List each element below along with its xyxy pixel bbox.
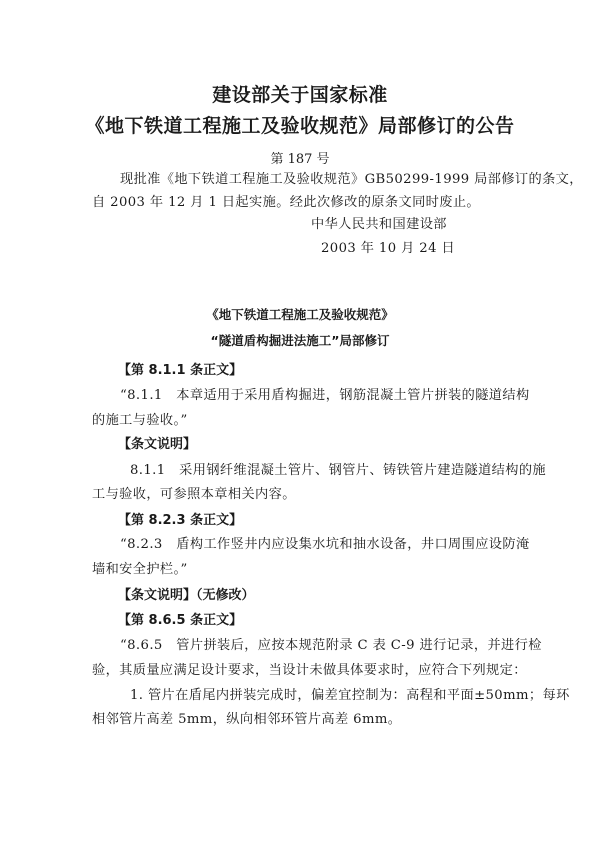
section-heading-explanation-unchanged: 【条文说明】（无修改） (118, 584, 255, 603)
revision-subtitle-1: 《地下铁道工程施工及验收规范》 (0, 305, 600, 323)
section-text: 的施工与验收。” (92, 409, 188, 428)
announcement-date: 2003 年 10 月 24 日 (321, 237, 455, 256)
section-heading-explanation: 【条文说明】 (118, 433, 196, 452)
section-text: “8.1.1 本章适用于采用盾构掘进，钢筋混凝土管片拼装的隧道结构 (120, 384, 530, 403)
list-item-text: 1. 管片在盾尾内拼装完成时，偏差宜控制为：高程和平面±50mm；每环 (130, 684, 570, 703)
section-text: 工与验收，可参照本章相关内容。 (92, 483, 296, 502)
heading-text: 【条文说明】 (118, 588, 196, 603)
section-text: 验，其质量应满足设计要求，当设计未做具体要求时，应符合下列规定： (92, 659, 527, 678)
list-item-text: 相邻管片高差 5mm，纵向相邻环管片高差 6mm。 (92, 708, 401, 727)
section-text: 8.1.1 采用钢纤维混凝土管片、钢管片、铸铁管片建造隧道结构的施 (130, 459, 546, 478)
announcement-body-line2: 自 2003 年 12 月 1 日起实施。经此次修改的原条文同时废止。 (92, 191, 480, 210)
announcement-number: 第 187 号 (0, 148, 600, 167)
section-text: “8.6.5 管片拼装后，应按本规范附录 C 表 C-9 进行记录，并进行检 (120, 634, 542, 653)
announcement-title-line1: 建设部关于国家标准 (0, 80, 600, 107)
no-change-note: （无修改） (196, 588, 255, 603)
announcement-title-line2: 《地下铁道工程施工及验收规范》局部修订的公告 (0, 111, 600, 138)
announcement-body-line1: 现批准《地下铁道工程施工及验收规范》GB50299-1999 局部修订的条文， (120, 168, 583, 187)
section-heading-8-1-1: 【第 8.1.1 条正文】 (118, 359, 242, 378)
announcement-issuer: 中华人民共和国建设部 (311, 213, 447, 232)
section-text: 墙和安全护栏。” (92, 558, 188, 577)
revision-subtitle-2: “隧道盾构掘进法施工”局部修订 (0, 331, 600, 349)
section-text: “8.2.3 盾构工作竖井内应设集水坑和抽水设备，井口周围应设防淹 (120, 533, 530, 552)
section-heading-8-2-3: 【第 8.2.3 条正文】 (118, 509, 242, 528)
section-heading-8-6-5: 【第 8.6.5 条正文】 (118, 609, 242, 628)
document-page: 建设部关于国家标准 《地下铁道工程施工及验收规范》局部修订的公告 第 187 号… (0, 0, 600, 850)
